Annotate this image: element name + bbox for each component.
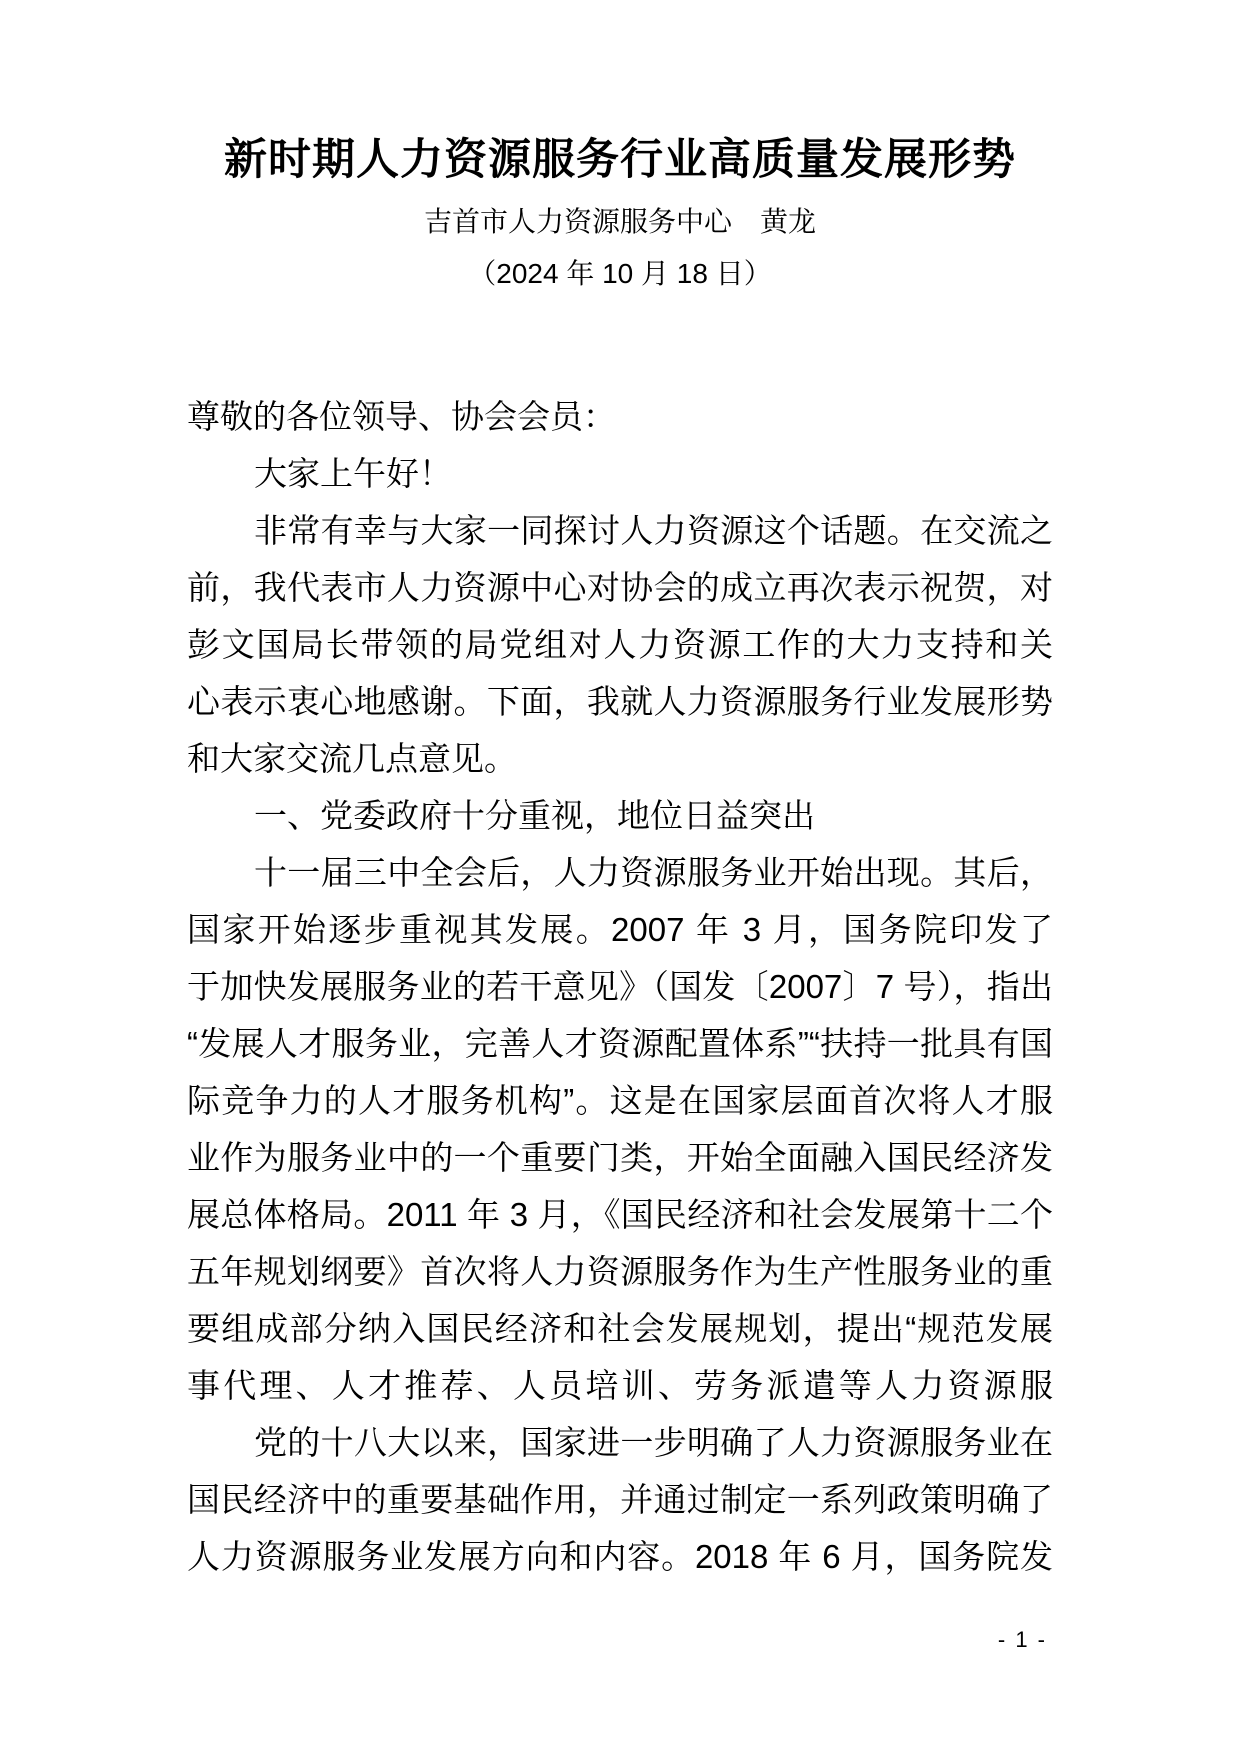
body-line: 际竞争力的人才服务机构”。这是在国家层面首次将人才服务 xyxy=(187,1072,1053,1129)
document-content: 新时期人力资源服务行业高质量发展形势 吉首市人力资源服务中心 黄龙 （2024 … xyxy=(0,0,1240,1585)
body-line: 人力资源服务业发展方向和内容。2018 年 6 月，国务院发 xyxy=(187,1528,1053,1585)
body-line: 前，我代表市人力资源中心对协会的成立再次表示祝贺，对 xyxy=(187,559,1053,616)
body-line: 国民经济中的重要基础作用，并通过制定一系列政策明确了 xyxy=(187,1471,1053,1528)
body-section-heading: 一、党委政府十分重视，地位日益突出 xyxy=(187,787,1053,844)
body-line: 五年规划纲要》首次将人力资源服务作为生产性服务业的重 xyxy=(187,1243,1053,1300)
body-line: 党的十八大以来，国家进一步明确了人力资源服务业在 xyxy=(187,1414,1053,1471)
body-line: 和大家交流几点意见。 xyxy=(187,730,1053,787)
body-line: 非常有幸与大家一同探讨人力资源这个话题。在交流之 xyxy=(187,502,1053,559)
body-line: 于加快发展服务业的若干意见》（国发〔2007〕7 号），指出 xyxy=(187,958,1053,1015)
document-page: 新时期人力资源服务行业高质量发展形势 吉首市人力资源服务中心 黄龙 （2024 … xyxy=(0,0,1240,1753)
body-line: “发展人才服务业，完善人才资源配置体系”“扶持一批具有国 xyxy=(187,1015,1053,1072)
body-line: 尊敬的各位领导、协会会员： xyxy=(187,388,1053,445)
body-line: 事代理、人才推荐、人员培训、劳务派遣等人力资源服务”。 xyxy=(187,1357,1053,1414)
body-line: 展总体格局。2011 年 3 月，《国民经济和社会发展第十二个 xyxy=(187,1186,1053,1243)
document-body: 尊敬的各位领导、协会会员： 大家上午好！ 非常有幸与大家一同探讨人力资源这个话题… xyxy=(187,388,1053,1585)
document-title: 新时期人力资源服务行业高质量发展形势 xyxy=(187,0,1053,190)
body-line: 大家上午好！ xyxy=(187,445,1053,502)
body-line: 要组成部分纳入国民经济和社会发展规划，提出“规范发展人 xyxy=(187,1300,1053,1357)
body-line: 国家开始逐步重视其发展。2007 年 3 月，国务院印发了《关 xyxy=(187,901,1053,958)
body-line: 心表示衷心地感谢。下面，我就人力资源服务行业发展形势 xyxy=(187,673,1053,730)
body-line: 业作为服务业中的一个重要门类，开始全面融入国民经济发 xyxy=(187,1129,1053,1186)
page-number: - 1 - xyxy=(998,1626,1047,1654)
body-line: 十一届三中全会后，人力资源服务业开始出现。其后， xyxy=(187,844,1053,901)
document-date-line: （2024 年 10 月 18 日） xyxy=(187,256,1053,292)
document-author-line: 吉首市人力资源服务中心 黄龙 xyxy=(187,204,1053,240)
body-line: 彭文国局长带领的局党组对人力资源工作的大力支持和关 xyxy=(187,616,1053,673)
